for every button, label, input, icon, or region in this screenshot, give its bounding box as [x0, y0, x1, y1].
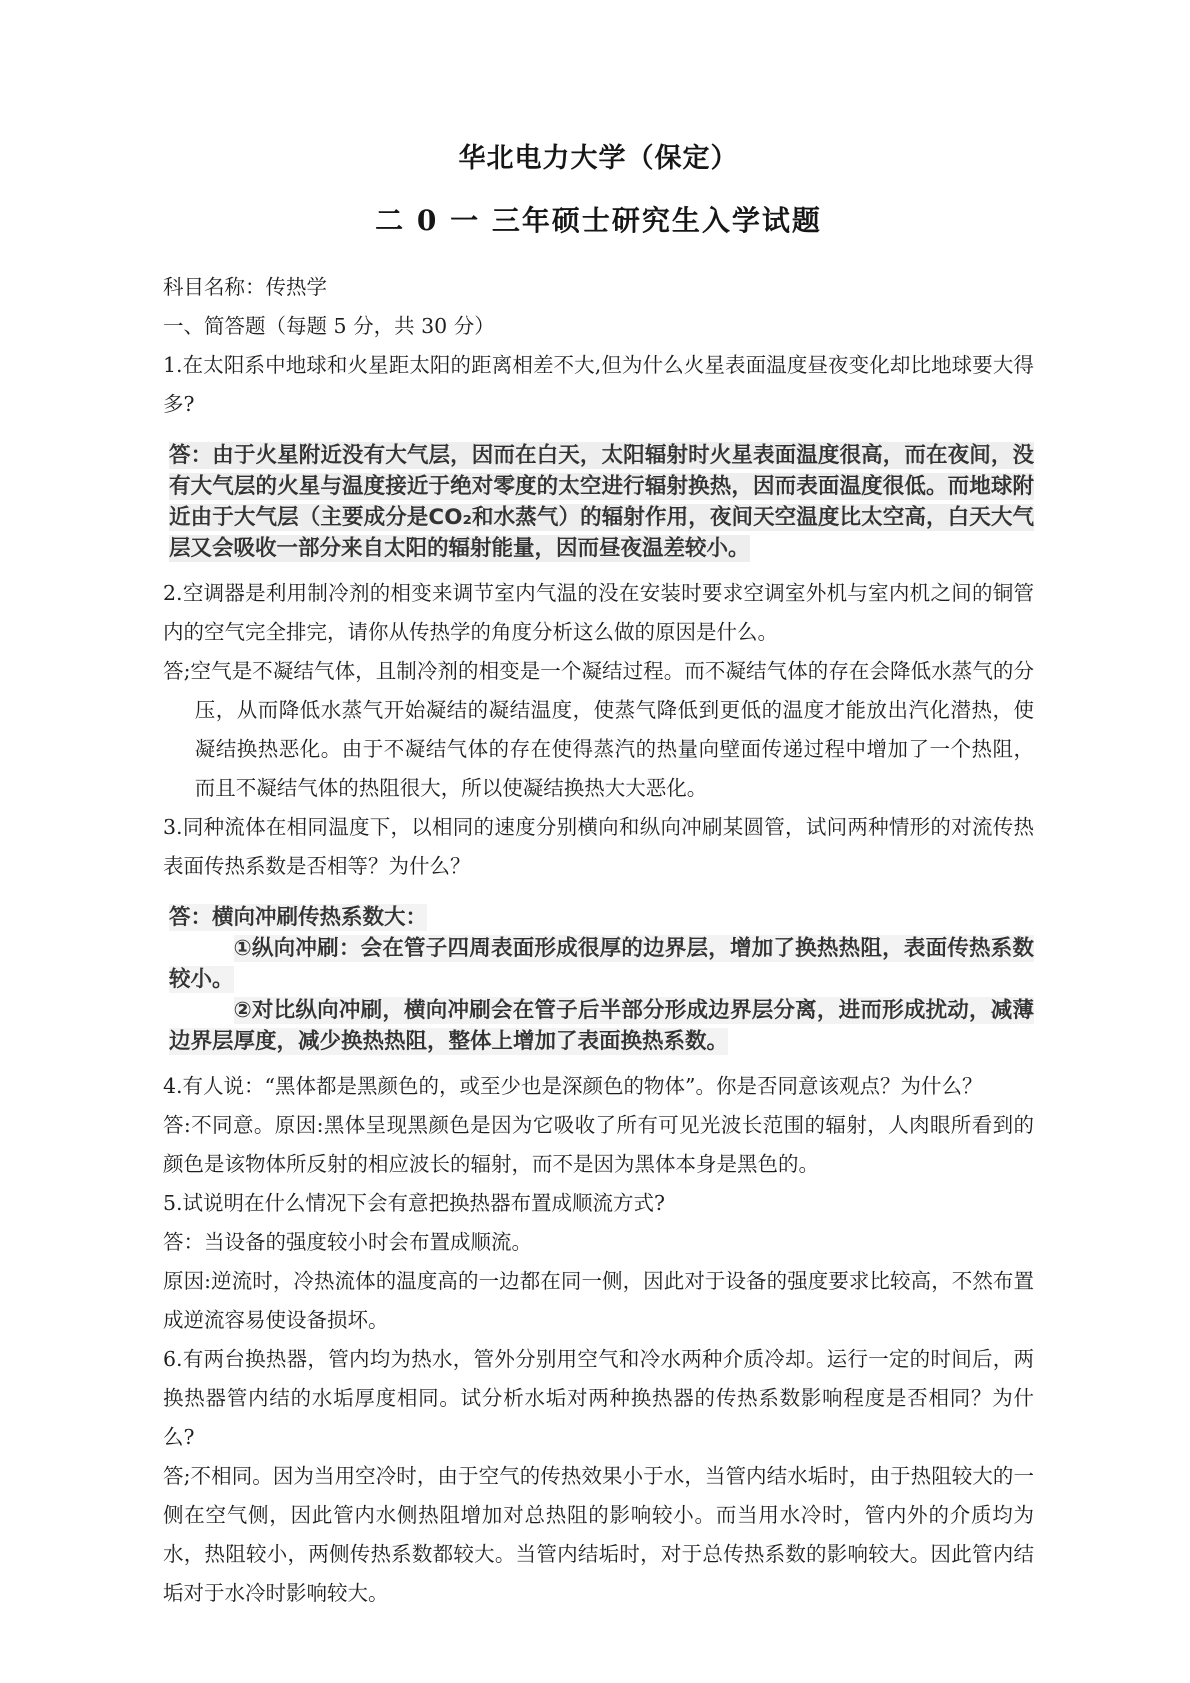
- question-5-text: 5.试说明在什么情况下会有意把换热器布置成顺流方式?: [163, 1184, 1034, 1223]
- exam-title: 二 0 一 三年硕士研究生入学试题: [163, 200, 1034, 242]
- answer-3-pasted-block: 答：横向冲刷传热系数大： ①纵向冲刷：会在管子四周表面形成很厚的边界层，增加了换…: [163, 902, 1034, 1057]
- university-title: 华北电力大学（保定）: [163, 140, 1034, 178]
- answer-3-point-1-text: ①纵向冲刷：会在管子四周表面形成很厚的边界层，增加了换热热阻，表面传热系数较小。: [169, 935, 1034, 993]
- section-heading: 一、简答题（每题 5 分，共 30 分）: [163, 307, 1034, 346]
- answer-4-text: 答:不同意。原因:黑体呈现黑颜色是因为它吸收了所有可见光波长范围的辐射，人肉眼所…: [163, 1106, 1034, 1184]
- exam-document-page: 华北电力大学（保定） 二 0 一 三年硕士研究生入学试题 科目名称：传热学 一、…: [0, 0, 1190, 1683]
- subject-line: 科目名称：传热学: [163, 268, 1034, 307]
- answer-1-paragraph: 答：由于火星附近没有大气层，因而在白天，太阳辐射时火星表面温度很高，而在夜间，没…: [169, 440, 1034, 564]
- answer-1-text: 答：由于火星附近没有大气层，因而在白天，太阳辐射时火星表面温度很高，而在夜间，没…: [169, 442, 1034, 562]
- question-4-text: 4.有人说：“黑体都是黑颜色的，或至少也是深颜色的物体”。你是否同意该观点？为什…: [163, 1067, 1034, 1106]
- question-2-text: 2.空调器是利用制冷剂的相变来调节室内气温的没在安装时要求空调室外机与室内机之间…: [163, 574, 1034, 652]
- answer-5-text: 答：当设备的强度较小时会布置成顺流。: [163, 1223, 1034, 1262]
- answer-1-pasted-block: 答：由于火星附近没有大气层，因而在白天，太阳辐射时火星表面温度很高，而在夜间，没…: [163, 440, 1034, 564]
- answer-3-point-1: ①纵向冲刷：会在管子四周表面形成很厚的边界层，增加了换热热阻，表面传热系数较小。: [169, 933, 1034, 995]
- question-1-text: 1.在太阳系中地球和火星距太阳的距离相差不大,但为什么火星表面温度昼夜变化却比地…: [163, 346, 1034, 424]
- answer-3-point-2: ②对比纵向冲刷，横向冲刷会在管子后半部分形成边界层分离，进而形成扰动，减薄边界层…: [169, 995, 1034, 1057]
- answer-5-reason-text: 原因:逆流时，冷热流体的温度高的一边都在同一侧，因此对于设备的强度要求比较高，不…: [163, 1262, 1034, 1340]
- question-6-text: 6.有两台换热器，管内均为热水，管外分别用空气和冷水两种介质冷却。运行一定的时间…: [163, 1340, 1034, 1457]
- answer-6-text: 答;不相同。因为当用空冷时，由于空气的传热效果小于水，当管内结水垢时，由于热阻较…: [163, 1457, 1034, 1613]
- answer-3-point-2-text: ②对比纵向冲刷，横向冲刷会在管子后半部分形成边界层分离，进而形成扰动，减薄边界层…: [169, 997, 1034, 1055]
- answer-3-heading-line: 答：横向冲刷传热系数大：: [169, 902, 1034, 933]
- answer-3-heading-text: 答：横向冲刷传热系数大：: [169, 904, 427, 931]
- question-3-text: 3.同种流体在相同温度下，以相同的速度分别横向和纵向冲刷某圆管，试问两种情形的对…: [163, 808, 1034, 886]
- answer-2-text: 答;空气是不凝结气体，且制冷剂的相变是一个凝结过程。而不凝结气体的存在会降低水蒸…: [163, 652, 1034, 808]
